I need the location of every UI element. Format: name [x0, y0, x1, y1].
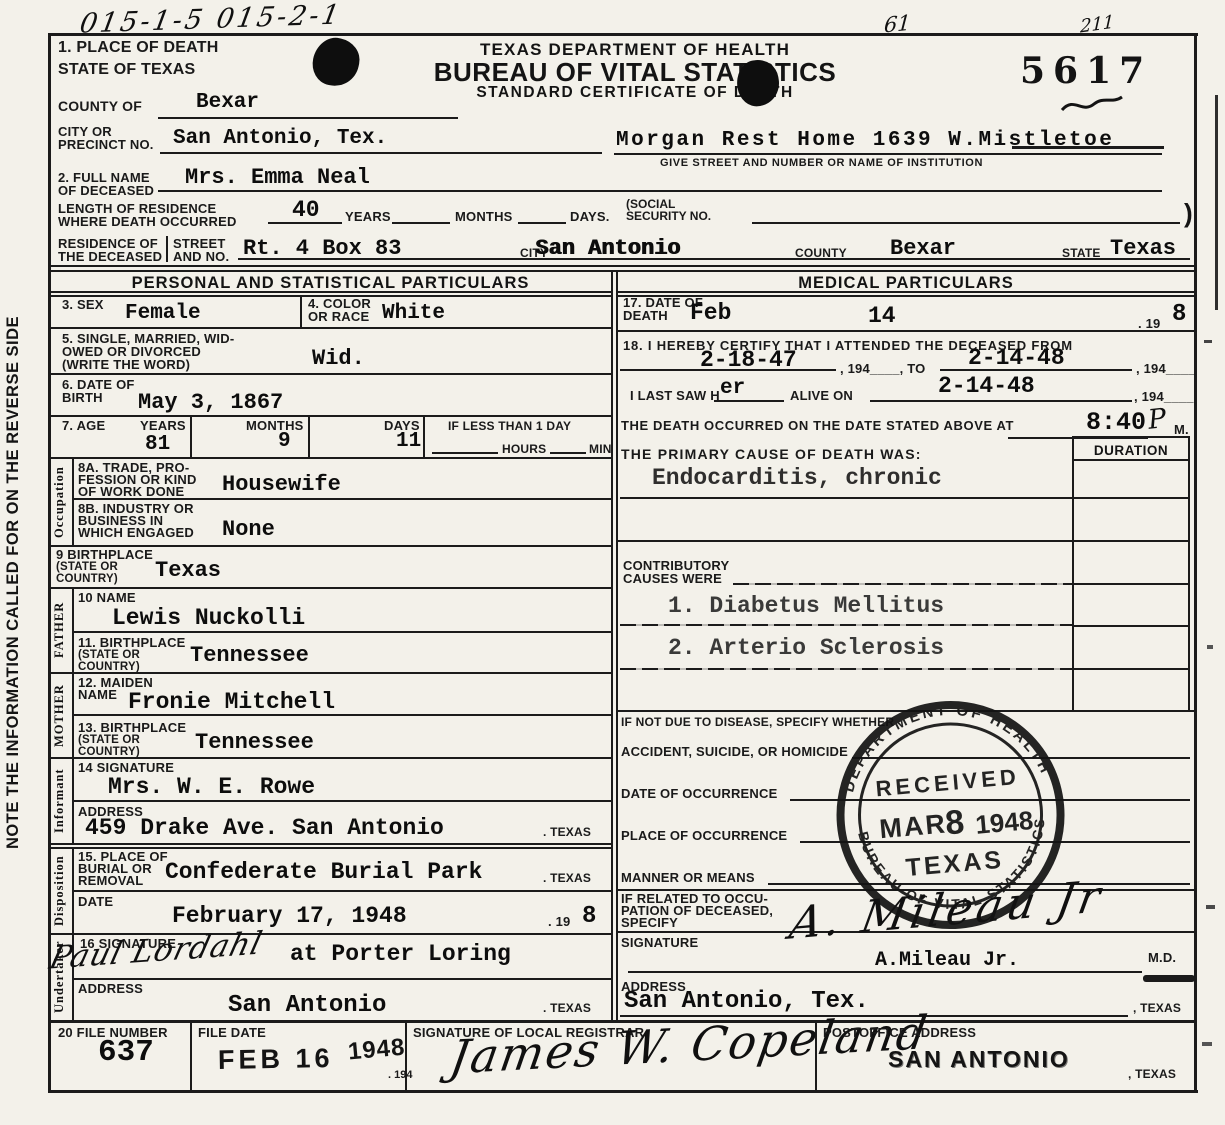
accident-label: ACCIDENT, SUICIDE, OR HOMICIDE [621, 746, 848, 758]
rule [300, 297, 302, 327]
rule [48, 843, 613, 845]
father-bp-value: Tennessee [190, 645, 309, 666]
stamp-month: MAR [878, 808, 948, 844]
rule [870, 400, 1132, 402]
state-of-texas-label: STATE OF TEXAS [58, 64, 195, 76]
handwritten-squiggle [1058, 92, 1128, 118]
birthplace-label-1: 9 BIRTHPLACE [56, 549, 153, 561]
rule [72, 978, 613, 980]
age-years-value: 81 [145, 434, 170, 455]
postoffice-texas-label: , TEXAS [1128, 1068, 1176, 1080]
rule [190, 417, 192, 457]
md-label: M.D. [1148, 952, 1176, 964]
father-bp-label-1: 11. BIRTHPLACE [78, 637, 186, 649]
file-date-stamp-month: FEB 16 [218, 1043, 334, 1076]
rule [72, 631, 613, 633]
mother-bp-value: Tennessee [195, 732, 314, 753]
rule [158, 190, 1162, 192]
age-months-value: 9 [278, 431, 291, 452]
informant-sig-label: 14 SIGNATURE [78, 762, 174, 774]
rule [160, 152, 602, 154]
dod-year-value: 8 [1172, 304, 1186, 325]
stamp-year: 1948 [974, 805, 1034, 840]
maiden-label-2: NAME [78, 689, 117, 701]
rule [158, 117, 458, 119]
city-value: San Antonio, Tex. [173, 128, 387, 149]
disposition-side-label: Disposition [52, 852, 67, 930]
birthplace-value: Texas [155, 560, 221, 581]
physician-addr-value: San Antonio, Tex. [624, 991, 869, 1012]
undertaker-addr-value: San Antonio [228, 995, 386, 1016]
rule [48, 373, 613, 375]
burial-label-3: REMOVAL [78, 875, 143, 887]
the-deceased-label: THE DECEASED [58, 251, 162, 263]
death-certificate-scan: NOTE THE INFORMATION CALLED FOR ON THE R… [0, 0, 1225, 1125]
place-of-death-label: 1. PLACE OF DEATH [58, 42, 218, 54]
rule [432, 452, 498, 454]
age-days-value: 11 [396, 431, 421, 452]
rule [72, 587, 74, 672]
received-stamp: DEPARTMENT OF HEALTH BUREAU OF VITAL STA… [823, 690, 1079, 951]
min-label: MIN [589, 443, 612, 455]
file-date-label: FILE DATE [198, 1027, 266, 1039]
marital-label-3: (WRITE THE WORD) [62, 359, 190, 371]
informant-side-label: Informant [52, 763, 67, 839]
residence-years-value: 40 [292, 200, 320, 221]
year-blank-to-label: , 194____, TO [840, 363, 925, 375]
and-no-label: AND NO. [173, 251, 229, 263]
last-saw-date-value: 2-14-48 [938, 376, 1035, 397]
rule [48, 291, 613, 293]
undertaker-firm-value: at Porter Loring [290, 944, 511, 965]
rule [48, 270, 1197, 272]
burial-date-label: DATE [78, 896, 113, 908]
birthplace-label-3: COUNTRY) [56, 573, 118, 585]
rule [1072, 497, 1190, 499]
rule [714, 400, 784, 402]
rule [620, 369, 836, 371]
rule [1194, 33, 1197, 1093]
county-of-label: COUNTY OF [58, 100, 142, 112]
rule [628, 971, 1142, 973]
rule [166, 236, 168, 262]
informant-texas-label: . TEXAS [543, 826, 591, 838]
rule [48, 587, 613, 589]
rule [616, 270, 618, 1022]
reverse-side-note: NOTE THE INFORMATION CALLED FOR ON THE R… [4, 236, 32, 928]
where-death-occurred-label: WHERE DEATH OCCURRED [58, 216, 237, 228]
hours-label: HOURS [502, 443, 546, 455]
dob-label-2: BIRTH [62, 392, 103, 404]
rule [1072, 625, 1190, 627]
rule [48, 265, 1197, 267]
rule [617, 291, 1195, 293]
undertaker-addr-label: ADDRESS [78, 983, 143, 995]
county-value: Bexar [196, 92, 259, 113]
rule [392, 222, 450, 224]
residence-county-value: Bexar [890, 238, 956, 259]
mother-side-label: MOTHER [52, 678, 67, 754]
file-date-preprint: . 194 [388, 1070, 412, 1081]
rule [72, 457, 74, 545]
residence-city-value: San Antonio [535, 238, 680, 259]
informant-value: Mrs. W. E. Rowe [108, 777, 315, 798]
dod-label-2: DEATH [623, 310, 668, 322]
rule [1072, 540, 1190, 542]
rule [72, 890, 613, 892]
rule [48, 415, 613, 417]
year-blank-2-label: , 194____ [1136, 363, 1196, 375]
burial-texas-label: . TEXAS [543, 872, 591, 884]
trade-value: Housewife [222, 474, 341, 495]
stamp-day: 8 [944, 803, 966, 843]
scan-artifact [1204, 340, 1212, 343]
death-occurred-label: THE DEATH OCCURRED ON THE DATE STATED AB… [621, 420, 1014, 432]
rule [1072, 583, 1190, 585]
primary-cause-label: THE PRIMARY CAUSE OF DEATH WAS: [621, 448, 922, 460]
year-blank-3-label: , 194____ [1134, 391, 1194, 403]
rule [238, 258, 1190, 260]
rule [48, 457, 613, 459]
rule [48, 327, 613, 329]
rule [268, 222, 342, 224]
scan-artifact [1202, 1042, 1212, 1046]
father-bp-label-2: (STATE OR [78, 649, 140, 661]
burial-year-pre: . 19 [548, 916, 570, 928]
stamp-state: TEXAS [905, 846, 1005, 882]
father-name-value: Lewis Nuckolli [112, 608, 305, 629]
rule [190, 1020, 192, 1091]
rule [752, 222, 1180, 224]
mother-name-value: Fronie Mitchell [128, 692, 335, 713]
deceased-name-value: Mrs. Emma Neal [185, 167, 370, 188]
dob-value: May 3, 1867 [138, 392, 283, 413]
months-label: MONTHS [455, 211, 513, 223]
sex-value: Female [125, 303, 201, 324]
rule [72, 714, 613, 716]
registrar-signature: James W. Copeland [446, 1005, 932, 1085]
m-label: M. [1174, 424, 1189, 436]
undertaker-texas-label: . TEXAS [543, 1002, 591, 1014]
rule [72, 800, 613, 802]
burial-year-over: 8 [582, 906, 596, 927]
related-occupation-label-3: SPECIFY [621, 917, 678, 929]
primary-cause-value: Endocarditis, chronic [652, 468, 942, 489]
ink-blot [309, 34, 364, 91]
death-time-value: 8:40 [1086, 412, 1146, 433]
rule [617, 295, 1195, 297]
physician-typed-name: A.Mileau Jr. [875, 950, 1019, 971]
rule [620, 668, 1072, 670]
age-months-label: MONTHS [246, 420, 304, 432]
age-years-label: YEARS [140, 420, 186, 432]
father-side-label: FATHER [52, 592, 67, 668]
rule [620, 624, 1072, 626]
last-saw-label: I LAST SAW H [630, 390, 720, 402]
days-label: DAYS. [570, 211, 610, 223]
rule [1072, 668, 1190, 670]
of-deceased-label: OF DECEASED [58, 185, 154, 197]
if-less-than-1-day-label: IF LESS THAN 1 DAY [448, 420, 571, 432]
age-label: 7. AGE [62, 420, 105, 432]
attended-to-value: 2-14-48 [968, 348, 1065, 369]
contributory-cause-2: 2. Arterio Sclerosis [668, 638, 944, 659]
birthplace-label-2: (STATE OR [56, 561, 118, 573]
or-race-label: OR RACE [308, 311, 369, 323]
rule [72, 498, 613, 500]
burial-place-value: Confederate Burial Park [165, 862, 482, 883]
duration-label: DURATION [1072, 443, 1190, 458]
stamp-received: RECEIVED [875, 764, 1021, 801]
occupation-side-label: Occupation [52, 462, 67, 542]
rule [1072, 436, 1190, 438]
death-time-p: P [1146, 403, 1167, 436]
informant-addr-value: 459 Drake Ave. San Antonio [85, 818, 444, 839]
last-saw-er-value: er [720, 378, 745, 399]
scan-artifact [1207, 645, 1213, 649]
rule [611, 270, 613, 1022]
dod-month-value: Feb [690, 303, 731, 324]
mother-bp-label-1: 13. BIRTHPLACE [78, 722, 186, 734]
residence-state-value: Texas [1110, 238, 1176, 259]
trade-label-3: OF WORK DONE [78, 486, 184, 498]
date-occurrence-label: DATE OF OCCURRENCE [621, 788, 777, 800]
father-name-label: 10 NAME [78, 592, 136, 604]
industry-value: None [222, 519, 275, 540]
scan-artifact [1206, 905, 1215, 909]
file-number-value: 637 [98, 1042, 154, 1063]
attended-from-value: 2-18-47 [700, 350, 797, 371]
rule [518, 222, 566, 224]
marital-value: Wid. [312, 348, 365, 369]
postoffice-value: SAN ANTONIO [888, 1046, 1070, 1073]
rule [620, 497, 1072, 499]
rule [550, 452, 586, 454]
strike-line [1012, 146, 1164, 149]
rule [48, 33, 1198, 36]
rule [940, 369, 1132, 371]
certificate-number: 5617 [1020, 50, 1152, 92]
physician-texas-label: , TEXAS [1133, 1002, 1181, 1014]
rule [48, 757, 613, 759]
scan-artifact [1215, 95, 1218, 310]
file-date-stamp-year: 1948 [347, 1034, 407, 1067]
rule [617, 540, 1072, 542]
postoffice-label: POSTOFFICE ADDRESS [823, 1027, 976, 1039]
sex-label: 3. SEX [62, 299, 104, 311]
contributory-cause-1: 1. Diabetus Mellitus [668, 596, 944, 617]
rule [48, 672, 613, 674]
industry-label-3: WHICH ENGAGED [78, 527, 194, 539]
standard-certificate-title: STANDARD CERTIFICATE OF DEATH [390, 84, 880, 102]
rule [423, 417, 425, 457]
rule [614, 153, 1162, 155]
rule [48, 1090, 1198, 1093]
alive-on-label: ALIVE ON [790, 390, 853, 402]
ink-smudge [1143, 975, 1195, 982]
dod-year-pre: . 19 [1138, 318, 1160, 330]
institution-caption: GIVE STREET AND NUMBER OR NAME OF INSTIT… [660, 158, 983, 169]
contributory-label-2: CAUSES WERE [623, 573, 722, 585]
race-value: White [382, 303, 445, 324]
rule [308, 417, 310, 457]
rule [1072, 459, 1190, 461]
rule [617, 330, 1195, 332]
rule [733, 583, 1072, 585]
years-label: YEARS [345, 211, 391, 223]
dod-day-value: 14 [868, 306, 896, 327]
place-occurrence-label: PLACE OF OCCURRENCE [621, 830, 787, 842]
mother-bp-label-2: (STATE OR [78, 734, 140, 746]
burial-date-value: February 17, 1948 [172, 906, 407, 927]
manner-means-label: MANNER OR MEANS [621, 872, 755, 884]
precinct-no-label: PRECINCT NO. [58, 139, 154, 151]
security-no-label: SECURITY NO. [626, 211, 711, 222]
physician-sig-label: SIGNATURE [621, 937, 698, 949]
ssn-paren: ) [1184, 198, 1193, 229]
street-value: Rt. 4 Box 83 [243, 238, 401, 259]
